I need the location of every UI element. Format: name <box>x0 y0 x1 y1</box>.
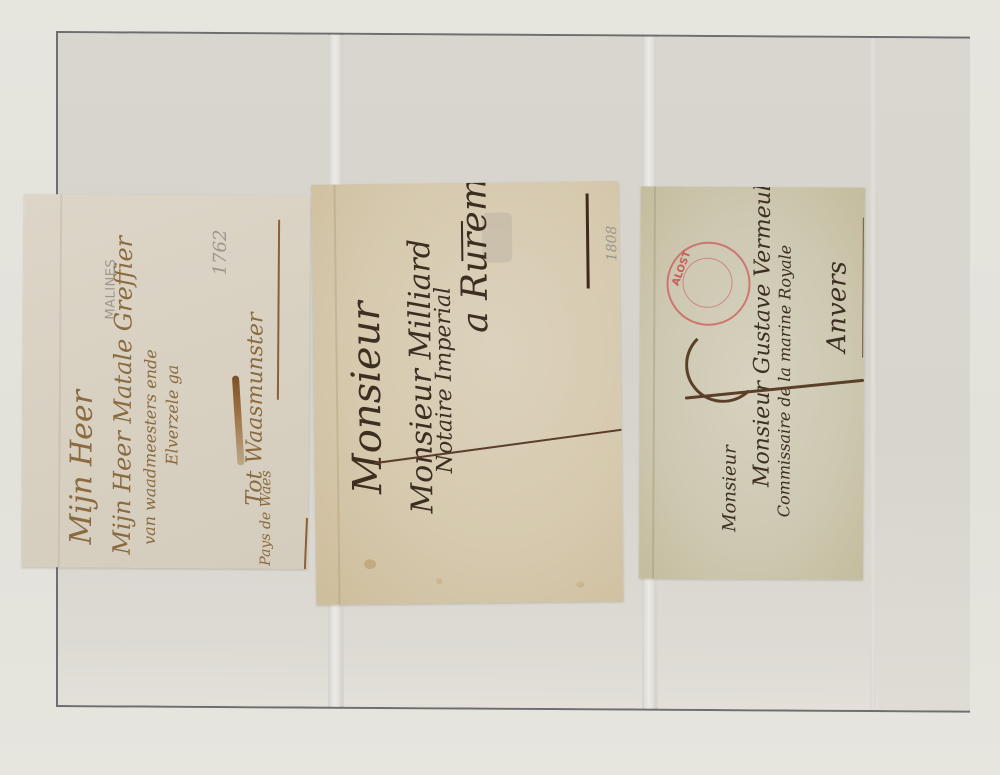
address-line: Monsieur <box>343 301 391 494</box>
region-line: Pays de Waes <box>258 470 275 565</box>
ink-underline <box>301 518 308 569</box>
town-handstamp: MALINES <box>103 259 118 320</box>
address-line: van waadmeesters ende <box>140 349 160 545</box>
fold-line <box>333 185 340 605</box>
year-note: 1808 <box>604 225 620 261</box>
foxing-stain <box>364 559 376 569</box>
foxing-stain <box>576 582 584 588</box>
year-note: 1762 <box>210 229 231 275</box>
ink-underline <box>277 220 280 400</box>
cover-right: ALOST Monsieur Monsieur Gustave Vermeule… <box>639 186 865 579</box>
album-page: Mijn Heer Mijn Heer Matale Greffier van … <box>0 0 1000 775</box>
address-line: Notaire Imperial <box>431 287 458 474</box>
fold-line <box>58 194 63 567</box>
postmark-inner-ring <box>682 258 732 308</box>
ink-underline <box>862 218 864 358</box>
address-line: Mijn Heer <box>64 390 100 545</box>
ink-flourish <box>685 327 761 403</box>
cover-middle: Monsieur Monsieur Milliard Notaire Imper… <box>311 181 623 605</box>
mount-strip <box>878 38 970 711</box>
address-line: Elverzele ga <box>162 365 182 465</box>
address-line: Monsieur Gustave Vermeulen, <box>749 186 776 487</box>
address-line: Anvers <box>822 261 852 353</box>
postmark-circle: ALOST <box>666 242 750 326</box>
address-line: Commissaire de la marine Royale <box>774 245 794 517</box>
ink-underline <box>586 194 590 289</box>
foxing-stain <box>436 578 442 584</box>
fold-line <box>652 186 656 578</box>
address-line: Monsieur <box>719 445 740 532</box>
cover-left: Mijn Heer Mijn Heer Matale Greffier van … <box>22 194 311 569</box>
address-line: a Ruremonde <box>452 181 496 333</box>
strip-divider <box>870 38 876 710</box>
